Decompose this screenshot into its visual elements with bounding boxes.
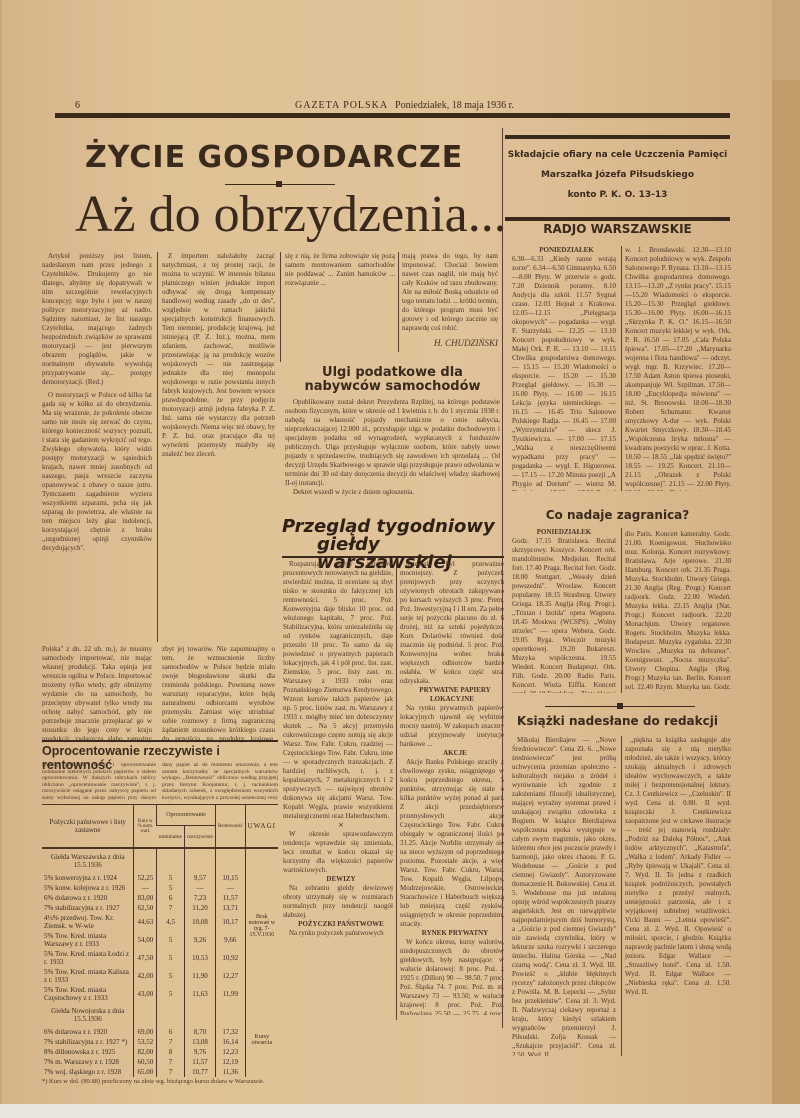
rates-intro-left: Poniżej podajemy kursy i oprocentowanie … <box>42 762 156 802</box>
column-rule <box>502 128 503 1028</box>
article-intro: Artykuł poniższy jest listem, nadesłanym… <box>42 252 152 387</box>
masthead-rule <box>55 113 730 118</box>
tax-article-body: Opublikowany został dekret Prezydenta Rz… <box>285 398 500 510</box>
market-text: Na zebraniu giełdy dewizowej obroty utrz… <box>283 884 393 920</box>
rule <box>282 556 504 558</box>
main-article-col4: mają prawa do tego, by nam imponować. Ch… <box>402 252 498 362</box>
market-text: W końcu okresu, kursy walorów, niedopusz… <box>400 938 504 1015</box>
rule <box>42 740 278 742</box>
radio-title: RADJO WARSZAWSKIE <box>505 222 730 236</box>
subheading-akcje: AKCJE <box>400 749 504 758</box>
donation-line3: konto P. K. O. 13-13 <box>505 185 730 205</box>
donation-box: Składajcie ofiary na cele Uczczenia Pami… <box>505 135 730 221</box>
header-oprocentowanie: Oprocentowanie <box>157 805 216 826</box>
table-row: 7% m. Warszawy z r. 192860,50711,5712,19 <box>42 1057 278 1067</box>
table-row: 7% woj. śląskiego z r. 192865,00710,7711… <box>42 1067 278 1077</box>
table-group-header: Giełda Warszawska z dnia 15.5.1936Brak n… <box>42 848 278 873</box>
foreign-day: PONIEDZIAŁEK <box>512 528 616 537</box>
market-headline-line1: Przegląd tygodniowy <box>282 518 504 536</box>
books-title: Książki nadesłane do redakcji <box>505 714 730 728</box>
background <box>0 1104 800 1118</box>
donation-line1: Składajcie ofiary na cele Uczczenia Pami… <box>505 145 730 165</box>
column-rule <box>280 252 281 362</box>
market-col2: notował był przeważnie mocniejszy. Z poż… <box>400 560 504 1015</box>
article-text: mają prawa do tego, by nam imponować. Ch… <box>402 252 498 332</box>
table-row: 5% Tow. Kred. miasta Warszawy z r. 19335… <box>42 931 278 949</box>
article-text: O motoryzacji w Polsce od kilku lat gada… <box>42 391 152 553</box>
table-group-header: Giełda Nowojorska z dnia 15.5.1936Kursy … <box>42 1003 278 1027</box>
radio-day-monday: PONIEDZIAŁEK <box>512 246 616 255</box>
market-col1: Rozpatrując kursy papierów procentowych … <box>283 560 393 1015</box>
tax-text: Opublikowany został dekret Prezydenta Rz… <box>285 398 500 487</box>
header-uwagi: UWAGI <box>245 805 278 849</box>
tax-headline: Ulgi podatkowe dla nabywców samochodów <box>285 366 500 394</box>
rates-footnote: *) Kurs w dol. (89.88) przeliczony na zł… <box>42 1078 278 1086</box>
table-row: 5% konw. kolejowa z r. 1926—5—— <box>42 883 278 893</box>
column-rule <box>621 246 622 491</box>
market-text: Na rynku prywatnych papierów lokacyjnych… <box>400 704 504 749</box>
header-kurs: Kurs w % nom. wart. <box>134 805 157 849</box>
adjacent-page-edge <box>772 80 800 1118</box>
subheading-prywatne: PRYWATNE PAPIERY LOKACYJNE <box>400 686 504 704</box>
section-title: ŻYCIE GOSPODARCZE <box>85 140 463 175</box>
books-col2: ,,piękna ta książka zasługuje aby zapozn… <box>625 736 731 1056</box>
table-note: Kursy otwarcia <box>245 1003 278 1077</box>
radio-schedule: 6.30—6.33 ,,Kiedy ranne wstają zorze''. … <box>512 255 616 491</box>
main-article-col3: się z nią, że firma zobowiąże się pozą s… <box>285 252 395 352</box>
table-row: 7% stabilizacyjna z r. 192762,50711,2013… <box>42 903 278 913</box>
foreign-title: Co nadaje zagranica? <box>505 508 730 522</box>
masthead-title: GAZETA POLSKA Poniedziałek, 18 maja 1936… <box>295 100 514 111</box>
column-rule <box>398 252 399 352</box>
radio-col2: w. J. Bronsławski. 12.30—13.10 Koncert p… <box>625 246 731 491</box>
table-row: 6% dolarowa z r. 192083,0067,2311,57 <box>42 893 278 903</box>
table-note: Brak notowań w tyg. 7-15.V.1936 <box>245 848 278 1003</box>
table-row: 6% dolarowa z r. 192069,0068,7017,32 <box>42 1027 278 1037</box>
main-article-lower-col1: Polska'' z dn. 22 ub. m.), że musimy sam… <box>42 645 152 745</box>
market-text: notował był przeważnie mocniejszy. Z poż… <box>400 560 504 685</box>
page-number: 6 <box>75 100 81 111</box>
header-real: rzeczywiste <box>184 826 215 848</box>
market-text: Rozpatrując kursy papierów procentowych … <box>283 560 393 820</box>
subheading-pozyczki: POŻYCZKI PAŃSTWOWE <box>283 920 393 929</box>
foreign-schedule: Godz. 17.15 Bratislawa. Recital skrzypco… <box>512 537 616 693</box>
main-article-col2: Z importem należałoby zacząć natychmiast… <box>162 252 275 642</box>
market-text: Na rynku pożyczek państwowych <box>283 929 393 938</box>
market-text: W okresie sprawozdawczym tendencja wpraw… <box>283 830 393 875</box>
main-article-col1: Artykuł poniższy jest listem, nadesłanym… <box>42 252 152 642</box>
foreign-col2: dio Paris. Koncert kameralny. Godz. 21.0… <box>625 530 731 693</box>
radio-col1: PONIEDZIAŁEK 6.30—6.33 ,,Kiedy ranne wst… <box>512 246 616 491</box>
table-row: 8% dillonowska z r. 192582,0089,7612,23 <box>42 1047 278 1057</box>
main-headline: Aż do obrzydzenia... <box>75 185 507 244</box>
rates-intro-right: dany papier aż do momentu umorzenia, a t… <box>162 762 278 802</box>
header-nominal: nominalne <box>157 826 185 848</box>
column-rule <box>621 528 622 693</box>
table-row: 7% stabilizacyjna z r. 1927 *)53,52713,0… <box>42 1037 278 1047</box>
foreign-col1: PONIEDZIAŁEK Godz. 17.15 Bratislawa. Rec… <box>512 528 616 693</box>
subheading-dewizy: DEWIZY <box>283 875 393 884</box>
byline: H. CHUDZIŃSKI <box>402 339 498 348</box>
separator: × <box>283 821 393 830</box>
tax-closing: Dekret wszedł w życie z dniem ogłoszenia… <box>285 488 500 497</box>
table-row: 5% Tow. Kred. miasta Łodzi z r. 193347,5… <box>42 949 278 967</box>
table-row: 4½% przedwoj. Tow. Kr. Ziemsk. w W-wie44… <box>42 913 278 931</box>
header-rentownosc: Rentowność <box>215 805 245 849</box>
table-row: 5% konwersyjna z r. 192452,2559,5710,15 <box>42 873 278 883</box>
donation-line2: Marszałka Józefa Piłsudskiego <box>505 165 730 185</box>
table-row: 5% Tow. Kred. miasta Częstochowy z r. 19… <box>42 985 278 1003</box>
rates-table: Pożyczki państwowe i listy zastawne Kurs… <box>42 804 278 1086</box>
market-text: Akcje Banku Polskiego straciły z chwilow… <box>400 758 504 929</box>
header-name: Pożyczki państwowe i listy zastawne <box>42 805 134 849</box>
main-article-lower-col2: zbyt jej towarów. Nie zapominajmy o tem,… <box>162 645 275 745</box>
column-rule <box>157 252 158 642</box>
ornament-diamond <box>617 703 623 709</box>
column-rule <box>621 736 622 1056</box>
books-col1: Mikołaj Bierdiajew — ,,Nowe Średniowiecz… <box>512 736 616 1056</box>
table-row: 5% Tow. Kred. miasta Kalisza z r. 193342… <box>42 967 278 985</box>
column-rule <box>396 560 397 1020</box>
subheading-rynek: RYNEK PRYWATNY <box>400 929 504 938</box>
